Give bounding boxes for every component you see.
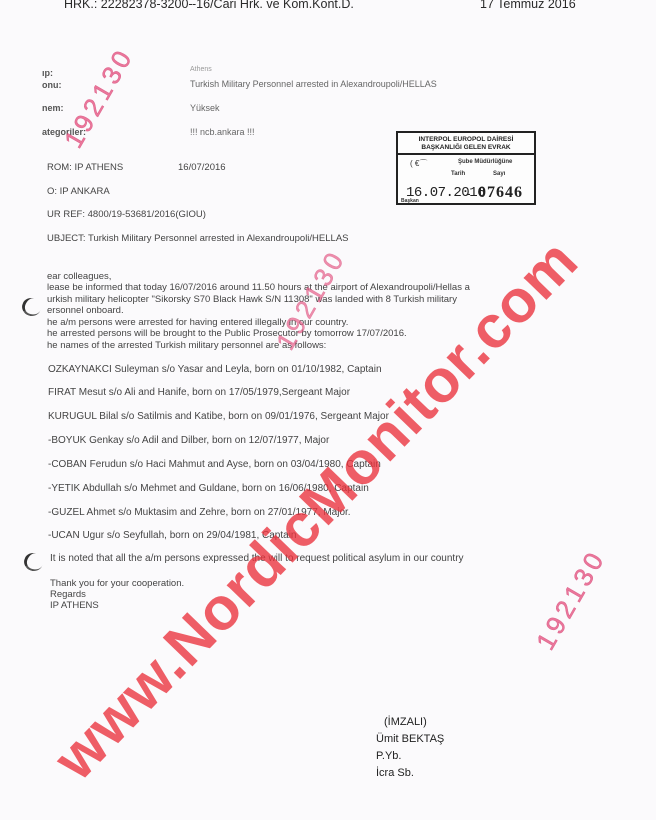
closing-sender: IP ATHENS [50,600,99,612]
red-number-stamp: 192130 [58,42,140,153]
stamp-handwriting: ( €⌒ [410,158,427,169]
body-line: he arrested persons will be brought to t… [47,328,470,340]
stamp-title-line1: INTERPOL EUROPOL DAİRESİ [398,136,534,144]
meta-label-priority: nem: [42,103,64,113]
meta-value-from: Athens [190,66,212,73]
message-greeting: ear colleagues, [47,271,111,283]
message-from-date: 16/07/2016 [178,162,226,174]
signature-title: P.Yb. [376,748,402,765]
red-number-stamp: 192130 [530,544,612,655]
body-line: lease be informed that today 16/07/2016 … [47,282,470,294]
signature-unit: İcra Sb. [376,765,414,782]
message-our-ref: UR REF: 4800/19-53681/2016(GIOU) [47,209,206,221]
signature-name: Ümit BEKTAŞ [376,731,444,748]
body-line: urkish military helicopter "Sikorsky S70… [47,294,470,306]
stamp-bottom-label: Başkan [401,198,419,204]
stamp-title-line2: BAŞKANLIĞI GELEN EVRAK [398,144,534,152]
body-line: he a/m persons were arrested for having … [47,317,470,329]
punch-hole-icon [21,550,45,573]
body-line: ersonnel onboard. [47,305,470,317]
signature-signed: (İMZALI) [384,714,427,731]
meta-value-categories: !!! ncb.ankara !!! [190,127,255,137]
stamp-number: 07646 [478,184,523,202]
document-date: 17 Temmuz 2016 [480,0,576,11]
closing-thanks: Thank you for your cooperation. [50,578,184,590]
meta-value-subject: Turkish Military Personnel arrested in A… [190,79,437,89]
person-item: FIRAT Mesut s/o Ali and Hanife, born on … [48,387,350,398]
document-reference: HRK.: 22282378-3200- [64,0,193,11]
message-to: O: IP ANKARA [47,186,110,198]
meta-label-subject: onu: [42,80,62,90]
stamp-separator: - [466,185,471,201]
stamp-number-label: Sayı [493,171,505,177]
stamp-date-label: Tarih [451,171,465,177]
meta-label-from: ıp: [42,68,53,78]
message-subject: UBJECT: Turkish Military Personnel arres… [47,233,349,245]
person-item: KURUGUL Bilal s/o Satilmis and Katibe, b… [48,411,389,422]
message-from: ROM: IP ATHENS [47,162,123,174]
stamp-branch: Şube Müdürlüğüne [458,159,512,165]
interpol-received-stamp: INTERPOL EUROPOL DAİRESİ BAŞKANLIĞI GELE… [396,131,536,205]
message-body: lease be informed that today 16/07/2016 … [47,282,470,351]
punch-hole-icon [19,295,43,318]
body-line: he names of the arrested Turkish militar… [47,340,470,352]
person-item: OZKAYNAKCI Suleyman s/o Yasar and Leyla,… [48,364,382,375]
person-item: -BOYUK Genkay s/o Adil and Dilber, born … [48,435,329,446]
closing-regards: Regards [50,589,86,601]
meta-value-priority: Yüksek [190,103,220,113]
document-department: -16/Cari Hrk. ve Kom.Kont.D. [192,0,354,11]
